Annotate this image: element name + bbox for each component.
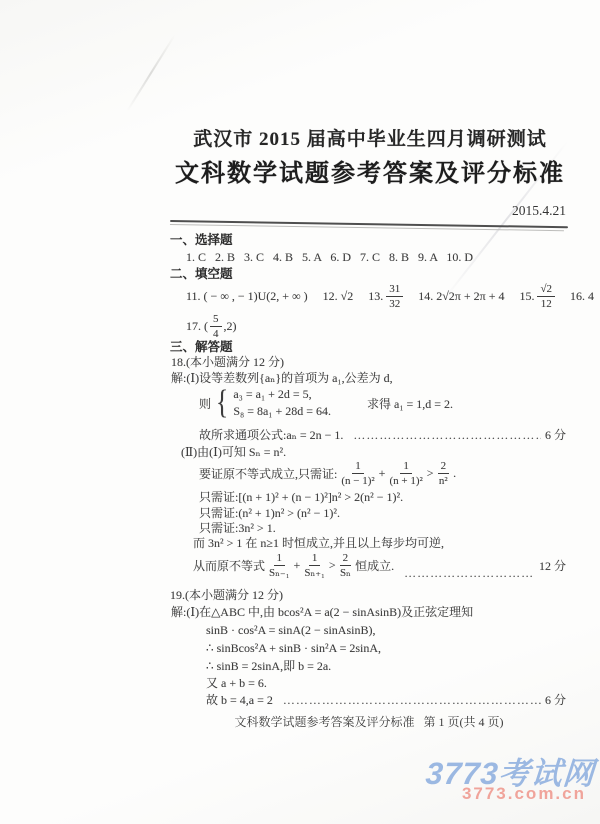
problem19-line2: sinB · cos²A = sinA(2 − sinAsinB), — [206, 622, 375, 638]
fraction: 3132 — [386, 283, 403, 310]
fill-answer-13: 13.3132 — [368, 283, 403, 310]
fill-answer-17-suffix: ,2) — [224, 319, 237, 334]
problem18-line10-suffix: 恒成立. — [355, 557, 394, 574]
dotted-leader: …………………………………………………………………… — [398, 566, 535, 581]
system-eq1: a₃ = a₁ + 2d = 5, — [233, 386, 331, 403]
problem18-line8: 只需证:3n² > 1. — [199, 520, 276, 536]
fraction: 1(n − 1)² — [341, 460, 374, 487]
section-heading-choice: 一、选择题 — [170, 232, 233, 248]
system-prefix: 则 — [199, 395, 211, 412]
system-eq2: S₈ = 8a₁ + 28d = 64. — [233, 403, 331, 420]
fraction: 2n² — [438, 460, 450, 487]
fill-answer-16: 16. 4 — [570, 289, 594, 304]
plus-operator: + — [294, 558, 301, 573]
watermark-site-url: 3773.com.cn — [462, 784, 586, 804]
score-12: 12 分 — [539, 557, 566, 574]
fill-answer-13-label: 13. — [368, 289, 383, 304]
answer-key-title: 文科数学试题参考答案及评分标准 — [170, 153, 570, 188]
fill-answer-17: 17. ( 54 ,2) — [186, 311, 237, 341]
exam-date: 2015.4.21 — [170, 203, 566, 219]
problem18-line5-prefix: 要证原不等式成立,只需证: — [199, 465, 337, 482]
fill-answer-12: 12. √2 — [323, 289, 354, 304]
fill-answer-14: 14. 2√2π + 2π + 4 — [418, 289, 504, 304]
fraction: 2Sₙ — [340, 552, 352, 579]
system-brace: { — [216, 386, 228, 420]
fraction: 1(n + 1)² — [389, 460, 422, 487]
system-result: 求得 a₁ = 1,d = 2. — [367, 395, 453, 412]
plus-operator: + — [379, 466, 386, 481]
scan-crease — [126, 34, 175, 111]
dotted-leader: ……………………………………………………………………………………………… — [347, 428, 541, 443]
fraction: √212 — [537, 283, 555, 310]
problem18-line5-end: . — [453, 466, 456, 481]
page-footer: 文科数学试题参考答案及评分标准 第 1 页(共 4 页) — [170, 713, 568, 730]
problem18-line5: 要证原不等式成立,只需证: 1(n − 1)² + 1(n + 1)² > 2n… — [199, 457, 456, 489]
problem19-line3: ∴ sinBcos²A + sinB · sin²A = 2sinA, — [206, 640, 381, 656]
problem19-line6-text: 故 b = 4,a = 2 — [206, 691, 273, 708]
fill-answer-15-label: 15. — [519, 289, 534, 304]
greater-operator: > — [427, 466, 434, 481]
fill-answers-row: 11. ( − ∞ , − 1)U(2, + ∞ ) 12. √2 13.313… — [186, 280, 594, 312]
problem18-title: 18.(本小题满分 12 分) — [171, 354, 284, 370]
problem19-line5: 又 a + b = 6. — [206, 675, 267, 691]
scanned-exam-answer-page: 武汉市 2015 届高中毕业生四月调研测试 文科数学试题参考答案及评分标准 20… — [0, 0, 600, 824]
problem19-title: 19.(本小题满分 12 分) — [170, 587, 283, 603]
problem18-line10-prefix: 从而原不等式 — [193, 557, 265, 574]
problem19-line6: 故 b = 4,a = 2 ……………………………………………………………………… — [206, 691, 566, 708]
section-heading-solutions: 三、解答题 — [170, 339, 233, 355]
problem19-line1: 解:(Ⅰ)在△ABC 中,由 bcos²A = a(2 − sinAsinB)及… — [171, 604, 473, 620]
system-equations: a₃ = a₁ + 2d = 5, S₈ = 8a₁ + 28d = 64. — [233, 386, 331, 420]
header-divider — [170, 220, 568, 232]
fraction: 54 — [210, 313, 222, 340]
greater-operator: > — [329, 558, 336, 573]
choice-answers: 1. C 2. B 3. C 4. B 5. A 6. D 7. C 8. B … — [186, 249, 473, 265]
dotted-leader: …………………………………………………………………………………………… — [277, 693, 541, 708]
problem18-line1: 解:(Ⅰ)设等差数列{aₙ}的首项为 a₁,公差为 d, — [171, 370, 393, 386]
problem18-equation-system: 则 { a₃ = a₁ + 2d = 5, S₈ = 8a₁ + 28d = 6… — [199, 385, 453, 421]
problem18-line3-text: 故所求通项公式:aₙ = 2n − 1. — [199, 426, 343, 443]
fraction: 1Sₙ₋₁ — [269, 552, 290, 579]
problem18-line6: 只需证:[(n + 1)² + (n − 1)²]n² > 2(n² − 1)²… — [199, 489, 403, 505]
fill-answer-11: 11. ( − ∞ , − 1)U(2, + ∞ ) — [186, 289, 308, 304]
problem19-line4: ∴ sinB = 2sinA,即 b = 2a. — [206, 658, 331, 674]
exam-title: 武汉市 2015 届高中毕业生四月调研测试 — [170, 124, 570, 151]
score-6: 6 分 — [545, 691, 566, 708]
problem18-line7: 只需证:(n² + 1)n² > (n² − 1)². — [199, 505, 340, 521]
fraction: 1Sₙ₊₁ — [304, 552, 325, 579]
problem18-line10: 从而原不等式 1Sₙ₋₁ + 1Sₙ₊₁ > 2Sₙ 恒成立. ……………………… — [193, 549, 566, 581]
fill-answer-17-prefix: 17. ( — [186, 319, 208, 334]
score-6: 6 分 — [545, 426, 566, 443]
problem18-line3: 故所求通项公式:aₙ = 2n − 1. …………………………………………………… — [199, 426, 566, 443]
fill-answer-15: 15.√212 — [519, 283, 555, 310]
